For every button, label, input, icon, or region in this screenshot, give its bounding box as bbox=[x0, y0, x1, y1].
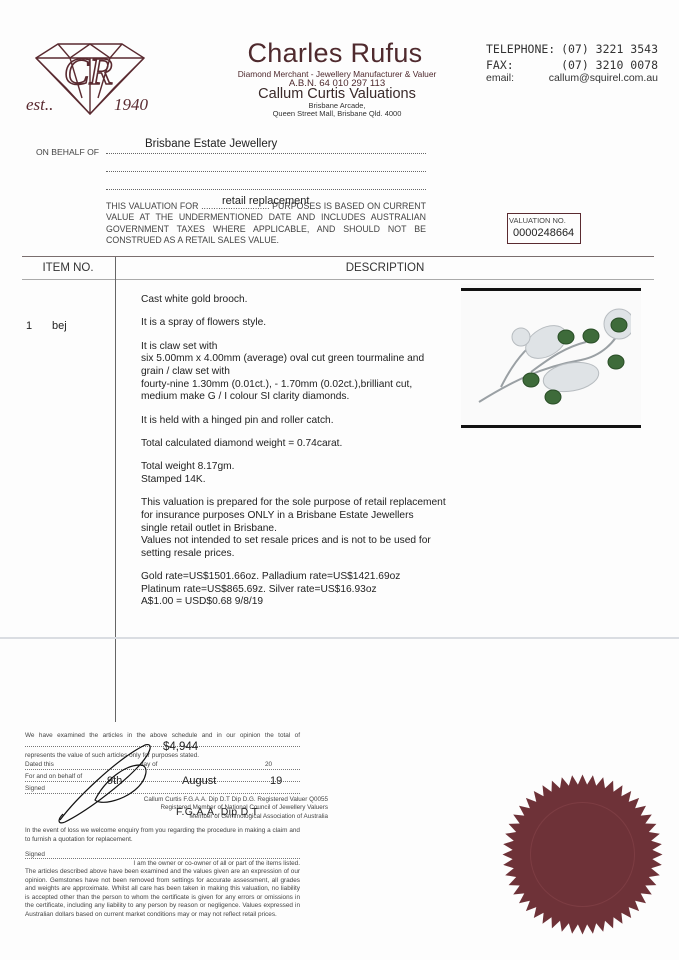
description-paragraph: It is held with a hinged pin and roller … bbox=[141, 415, 446, 428]
dated-year: 19 bbox=[270, 775, 282, 787]
owner-signed-line: Signed bbox=[25, 851, 300, 859]
purpose-statement: THIS VALUATION FOR .....................… bbox=[106, 201, 426, 246]
behalf-dotted-line-1 bbox=[106, 153, 426, 154]
description-paragraph: Gold rate=US$1501.66oz. Palladium rate=U… bbox=[141, 571, 446, 609]
fax-value: (07) 3210 0078 bbox=[558, 58, 658, 72]
item-number: 1 bbox=[26, 320, 32, 332]
diamond-logo-icon: CR est.. 1940 bbox=[22, 38, 157, 116]
svg-text:1940: 1940 bbox=[114, 95, 149, 114]
column-header-description: DESCRIPTION bbox=[116, 262, 654, 274]
svg-text:est..: est.. bbox=[26, 95, 53, 114]
column-divider bbox=[115, 257, 116, 722]
telephone-label: TELEPHONE: bbox=[486, 42, 555, 56]
dated-month: August bbox=[182, 775, 216, 787]
description-paragraph: It is claw set with six 5.00mm x 4.00mm … bbox=[141, 341, 446, 404]
signed-label: Signed bbox=[25, 785, 45, 792]
disclaimer: The articles described above have been e… bbox=[25, 868, 300, 920]
on-behalf-label: ON BEHALF OF bbox=[36, 147, 99, 157]
table-top-rule bbox=[22, 256, 654, 257]
photo-top-border bbox=[461, 288, 641, 291]
item-photo bbox=[461, 284, 641, 430]
dated-label: Dated this bbox=[25, 761, 54, 768]
valuer-business-name: Callum Curtis Valuations bbox=[196, 86, 478, 102]
telephone-value: (07) 3221 3543 bbox=[558, 42, 658, 56]
cert-statement-line-1: We have examined the articles in the abo… bbox=[25, 731, 300, 740]
photo-bottom-border bbox=[461, 425, 641, 428]
valuer-qualifications: F.G.A.A. Dip D.T bbox=[176, 806, 258, 818]
svg-text:CR: CR bbox=[64, 51, 113, 93]
section-divider bbox=[0, 637, 679, 639]
email-label: email: bbox=[486, 72, 514, 84]
loss-paragraph: In the event of loss we welcome enquiry … bbox=[25, 827, 300, 844]
description-paragraph: It is a spray of flowers style. bbox=[141, 317, 446, 330]
address-line-2: Queen Street Mall, Brisbane Qld. 4000 bbox=[196, 109, 478, 118]
behalf-dotted-line-3 bbox=[106, 189, 426, 190]
brooch-icon bbox=[471, 302, 631, 412]
owner-signed-label: Signed bbox=[25, 851, 45, 858]
email-link[interactable]: callum@squirel.com.au bbox=[540, 72, 658, 84]
item-description: Cast white gold brooch. It is a spray of… bbox=[141, 294, 446, 620]
table-header-rule bbox=[22, 279, 654, 280]
behalf-dotted-line-2 bbox=[106, 171, 426, 172]
purpose-value: retail replacement bbox=[222, 195, 309, 207]
valuation-number-label: VALUATION NO. bbox=[509, 216, 566, 225]
on-behalf-value: Brisbane Estate Jewellery bbox=[145, 138, 277, 150]
fax-label: FAX: bbox=[486, 58, 514, 72]
signature-icon bbox=[55, 740, 175, 825]
description-paragraph: Total weight 8.17gm. Stamped 14K. bbox=[141, 461, 446, 486]
valuation-number: 0000248664 bbox=[513, 227, 574, 239]
description-paragraph: Total calculated diamond weight = 0.74ca… bbox=[141, 438, 446, 451]
embossed-seal-icon bbox=[500, 772, 665, 937]
description-paragraph: This valuation is prepared for the sole … bbox=[141, 497, 446, 560]
owner-statement: I am the owner or co-owner of all or par… bbox=[25, 860, 300, 867]
year-prefix: 20 bbox=[265, 760, 272, 769]
item-code: bej bbox=[52, 320, 67, 332]
description-paragraph: Cast white gold brooch. bbox=[141, 294, 446, 307]
column-header-item-no: ITEM NO. bbox=[22, 262, 114, 274]
company-name: Charles Rufus bbox=[230, 38, 440, 69]
